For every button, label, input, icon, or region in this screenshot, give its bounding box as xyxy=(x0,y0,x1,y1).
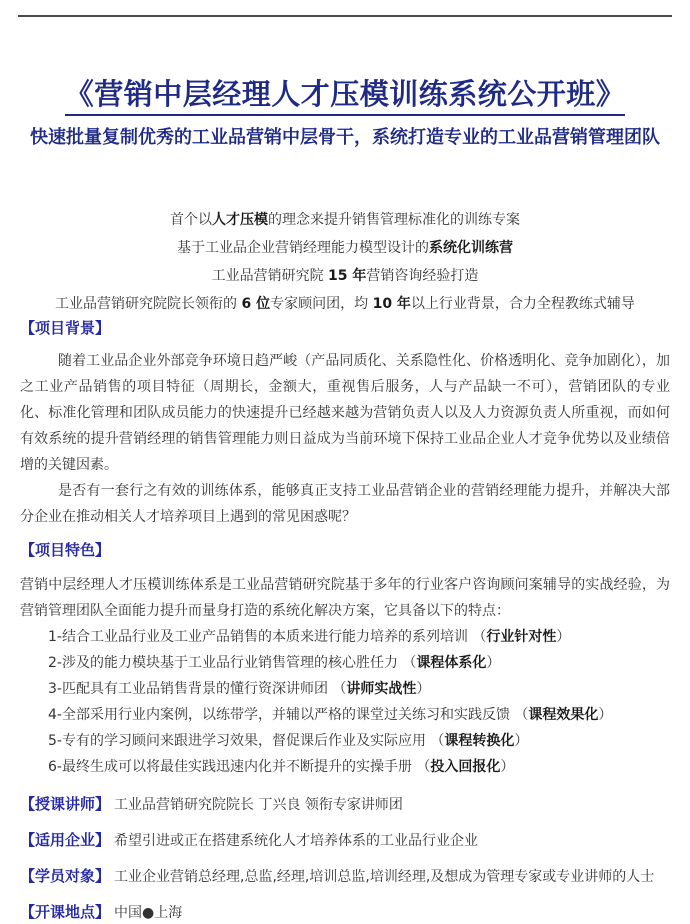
info-text: 希望引进或正在搭建系统化人才培养体系的工业品行业企业 xyxy=(114,833,478,849)
intro-line: 工业品营销研究院院长领衔的 6 位专家顾问团，均 10 年以上行业背景，合力全程… xyxy=(20,290,670,318)
info-row: 【学员对象】工业企业营销总经理,总监,经理,培训总监,培训经理,及想成为管理专家… xyxy=(20,866,670,888)
background-paragraph-2: 是否有一套行之有效的训练体系，能够真正支持工业品营销企业的营销经理能力提升，并解… xyxy=(20,478,670,530)
bold-text: 讲师实战性 xyxy=(346,681,416,697)
bold-text: 人才压模 xyxy=(212,212,268,228)
plain-text: 首个以 xyxy=(170,212,212,228)
plain-text: 4-全部采用行业内案例，以练带学，并辅以严格的课堂过关练习和实践反馈 （ xyxy=(48,707,528,723)
bold-text: 课程效果化 xyxy=(528,707,598,723)
info-section: 【授课讲师】工业品营销研究院院长 丁兴良 领衔专家讲师团 【适用企业】希望引进或… xyxy=(20,794,670,924)
feature-item: 1-结合工业品行业及工业产品销售的本质来进行能力培养的系列培训 （行业针对性） xyxy=(48,624,670,650)
plain-text: 专家顾问团，均 xyxy=(270,296,372,312)
info-label: 【适用企业】 xyxy=(20,831,110,849)
bold-text: 课程体系化 xyxy=(416,655,486,671)
bold-text: 10 年 xyxy=(373,296,411,312)
feature-item: 2-涉及的能力模块基于工业品行业销售管理的核心胜任力 （课程体系化） xyxy=(48,650,670,676)
info-row: 【授课讲师】工业品营销研究院院长 丁兴良 领衔专家讲师团 xyxy=(20,794,670,816)
feature-item: 5-专有的学习顾问来跟进学习效果，督促课后作业及实际应用 （课程转换化） xyxy=(48,728,670,754)
section-features: 【项目特色】 营销中层经理人才压模训练体系是工业品营销研究院基于多年的行业客户咨… xyxy=(20,540,670,780)
section-background: 【项目背景】 随着工业品企业外部竞争环境日趋严峻（产品同质化、关系隐性化、价格透… xyxy=(20,318,670,530)
page-subtitle: 快速批量复制优秀的工业品营销中层骨干，系统打造专业的工业品营销管理团队 xyxy=(20,127,670,148)
bold-text: 15 年 xyxy=(328,268,366,284)
plain-text: ） xyxy=(598,707,612,723)
features-list: 1-结合工业品行业及工业产品销售的本质来进行能力培养的系列培训 （行业针对性） … xyxy=(20,624,670,780)
plain-text: 2-涉及的能力模块基于工业品行业销售管理的核心胜任力 （ xyxy=(48,655,416,671)
feature-item: 3-匹配具有工业品销售背景的懂行资深讲师团 （讲师实战性） xyxy=(48,676,670,702)
info-label: 【学员对象】 xyxy=(20,867,110,885)
plain-text: 工业品营销研究院 xyxy=(212,268,328,284)
intro-line: 基于工业品企业营销经理能力模型设计的系统化训练营 xyxy=(20,234,670,262)
info-text: 工业品营销研究院院长 丁兴良 领衔专家讲师团 xyxy=(114,797,403,813)
background-heading: 【项目背景】 xyxy=(20,318,670,338)
plain-text: 基于工业品企业营销经理能力模型设计的 xyxy=(177,240,429,256)
page-container: 《营销中层经理人才压模训练系统公开班》 快速批量复制优秀的工业品营销中层骨干，系… xyxy=(0,0,690,924)
intro-line: 首个以人才压模的理念来提升销售管理标准化的训练专案 xyxy=(20,206,670,234)
plain-text: 工业品营销研究院院长领衔的 xyxy=(55,296,241,312)
plain-text: 的理念来提升销售管理标准化的训练专案 xyxy=(268,212,520,228)
plain-text: 5-专有的学习顾问来跟进学习效果，督促课后作业及实际应用 （ xyxy=(48,733,444,749)
plain-text: 营销咨询经验打造 xyxy=(366,268,478,284)
bold-text: 行业针对性 xyxy=(486,629,556,645)
page-title: 《营销中层经理人才压模训练系统公开班》 xyxy=(20,77,670,111)
feature-item: 4-全部采用行业内案例，以练带学，并辅以严格的课堂过关练习和实践反馈 （课程效果… xyxy=(48,702,670,728)
bold-text: 6 位 xyxy=(242,296,271,312)
bold-text: 投入回报化 xyxy=(430,759,500,775)
info-text: 工业企业营销总经理,总监,经理,培训总监,培训经理,及想成为管理专家或专业讲师的… xyxy=(114,869,654,885)
plain-text: 3-匹配具有工业品销售背景的懂行资深讲师团 （ xyxy=(48,681,346,697)
info-row: 【适用企业】希望引进或正在搭建系统化人才培养体系的工业品行业企业 xyxy=(20,830,670,852)
plain-text: ） xyxy=(486,655,500,671)
feature-item: 6-最终生成可以将最佳实践迅速内化并不断提升的实操手册 （投入回报化） xyxy=(48,754,670,780)
background-paragraph-1: 随着工业品企业外部竞争环境日趋严峻（产品同质化、关系隐性化、价格透明化、竞争加剧… xyxy=(20,348,670,478)
info-row: 【开课地点】中国●上海 xyxy=(20,902,670,924)
info-text: 中国●上海 xyxy=(114,905,182,921)
plain-text: ） xyxy=(416,681,430,697)
plain-text: 6-最终生成可以将最佳实践迅速内化并不断提升的实操手册 （ xyxy=(48,759,430,775)
bold-text: 系统化训练营 xyxy=(429,240,513,256)
plain-text: ） xyxy=(556,629,570,645)
page-title-text: 《营销中层经理人才压模训练系统公开班》 xyxy=(65,77,626,116)
features-heading: 【项目特色】 xyxy=(20,540,670,560)
bold-text: 课程转换化 xyxy=(444,733,514,749)
intro-block: 首个以人才压模的理念来提升销售管理标准化的训练专案 基于工业品企业营销经理能力模… xyxy=(20,206,670,318)
intro-line: 工业品营销研究院 15 年营销咨询经验打造 xyxy=(20,262,670,290)
plain-text: 以上行业背景，合力全程教练式辅导 xyxy=(411,296,635,312)
plain-text: 1-结合工业品行业及工业产品销售的本质来进行能力培养的系列培训 （ xyxy=(48,629,486,645)
info-label: 【开课地点】 xyxy=(20,903,110,921)
info-label: 【授课讲师】 xyxy=(20,795,110,813)
plain-text: ） xyxy=(514,733,528,749)
features-intro: 营销中层经理人才压模训练体系是工业品营销研究院基于多年的行业客户咨询顾问案辅导的… xyxy=(20,572,670,624)
top-rule xyxy=(18,15,672,17)
plain-text: ） xyxy=(500,759,514,775)
